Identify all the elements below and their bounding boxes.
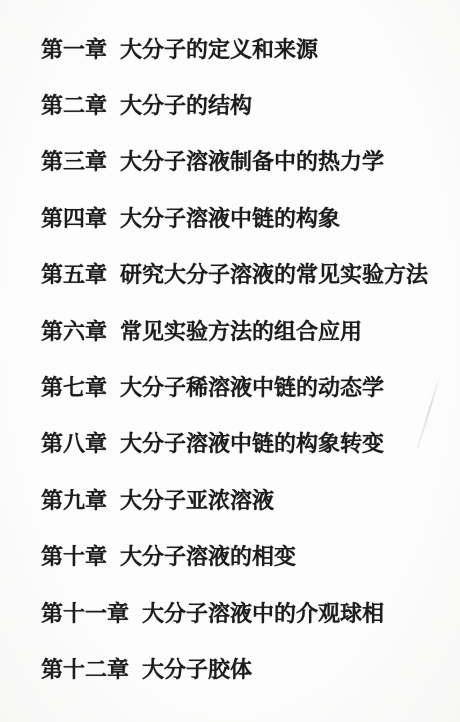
- chapter-title: 大分子溶液的相变: [120, 540, 296, 571]
- chapter-number: 第九章: [41, 484, 107, 515]
- toc-entry-chapter-4: 第四章 大分子溶液中链的构象: [41, 189, 460, 245]
- toc-entry-chapter-2: 第二章 大分子的结构: [41, 76, 460, 132]
- chapter-title: 大分子亚浓溶液: [120, 484, 274, 515]
- chapter-number: 第十二章: [41, 653, 129, 684]
- chapter-number: 第一章: [41, 33, 107, 64]
- toc-entry-chapter-3: 第三章 大分子溶液制备中的热力学: [41, 133, 460, 189]
- chapter-number: 第三章: [41, 145, 107, 176]
- chapter-number: 第六章: [41, 315, 107, 346]
- scanned-toc-page: 第一章 大分子的定义和来源 第二章 大分子的结构 第三章 大分子溶液制备中的热力…: [0, 0, 460, 722]
- toc-entry-chapter-11: 第十一章 大分子溶液中的介观球相: [41, 584, 460, 640]
- toc-entry-chapter-9: 第九章 大分子亚浓溶液: [41, 471, 460, 527]
- chapter-title: 大分子胶体: [142, 653, 252, 684]
- chapter-title: 大分子稀溶液中链的动态学: [120, 371, 384, 402]
- chapter-title: 大分子溶液制备中的热力学: [120, 145, 384, 176]
- chapter-number: 第五章: [41, 258, 107, 289]
- chapter-number: 第四章: [41, 202, 107, 233]
- chapter-title: 大分子的定义和来源: [120, 33, 318, 64]
- chapter-number: 第八章: [41, 427, 107, 458]
- chapter-title: 大分子溶液中链的构象转变: [120, 427, 384, 458]
- chapter-number: 第十章: [41, 540, 107, 571]
- chapter-number: 第十一章: [41, 597, 129, 628]
- chapter-title: 常见实验方法的组合应用: [120, 315, 362, 346]
- toc-entry-chapter-6: 第六章 常见实验方法的组合应用: [41, 302, 460, 358]
- table-of-contents: 第一章 大分子的定义和来源 第二章 大分子的结构 第三章 大分子溶液制备中的热力…: [0, 20, 460, 697]
- toc-entry-chapter-10: 第十章 大分子溶液的相变: [41, 528, 460, 584]
- chapter-title: 研究大分子溶液的常见实验方法: [120, 258, 428, 289]
- toc-entry-chapter-12: 第十二章 大分子胶体: [41, 640, 460, 696]
- chapter-title: 大分子溶液中链的构象: [120, 202, 340, 233]
- chapter-title: 大分子的结构: [120, 89, 252, 120]
- toc-entry-chapter-1: 第一章 大分子的定义和来源: [41, 20, 460, 76]
- chapter-number: 第七章: [41, 371, 107, 402]
- toc-entry-chapter-5: 第五章 研究大分子溶液的常见实验方法: [41, 246, 460, 302]
- chapter-number: 第二章: [41, 89, 107, 120]
- toc-entry-chapter-7: 第七章 大分子稀溶液中链的动态学: [41, 358, 460, 414]
- toc-entry-chapter-8: 第八章 大分子溶液中链的构象转变: [41, 415, 460, 471]
- chapter-title: 大分子溶液中的介观球相: [142, 597, 384, 628]
